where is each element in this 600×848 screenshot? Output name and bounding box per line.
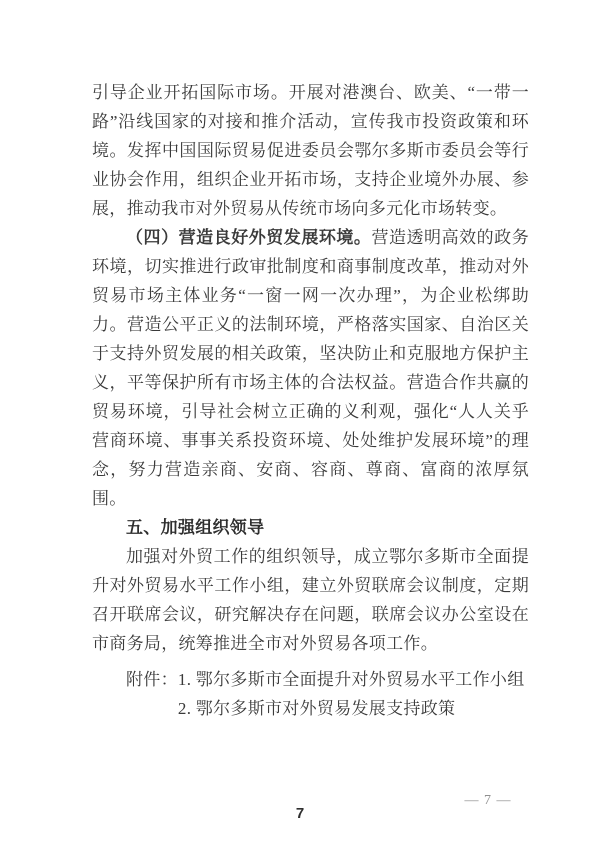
paragraph-market-expansion: 引导企业开拓国际市场。开展对港澳台、欧美、“一带一路”沿线国家的对接和推介活动，… — [92, 78, 529, 223]
attachments-block: 附件： 1. 鄂尔多斯市全面提升对外贸易水平工作小组 2. 鄂尔多斯市对外贸易发… — [92, 665, 529, 723]
paragraph-section5: 加强对外贸工作的组织领导，成立鄂尔多斯市全面提升对外贸易水平工作小组，建立外贸联… — [92, 542, 529, 658]
document-body-text: 引导企业开拓国际市场。开展对港澳台、欧美、“一带一路”沿线国家的对接和推介活动，… — [92, 78, 529, 723]
attachment-item: 1. 鄂尔多斯市全面提升对外贸易水平工作小组 — [178, 665, 525, 694]
attachment-item: 2. 鄂尔多斯市对外贸易发展支持政策 — [178, 694, 525, 723]
section4-lead-heading: （四）营造良好外贸发展环境。 — [126, 228, 371, 247]
viewer-page-number: 7 — [0, 805, 600, 822]
paragraph-section4: （四）营造良好外贸发展环境。营造透明高效的政务环境，切实推进行政审批制度和商事制… — [92, 223, 529, 513]
section5-heading: 五、加强组织领导 — [92, 513, 529, 542]
attachments-list: 1. 鄂尔多斯市全面提升对外贸易水平工作小组 2. 鄂尔多斯市对外贸易发展支持政… — [178, 665, 525, 723]
document-page: 引导企业开拓国际市场。开展对港澳台、欧美、“一带一路”沿线国家的对接和推介活动，… — [0, 0, 600, 848]
section4-body-text: 营造透明高效的政务环境，切实推进行政审批制度和商事制度改革，推动对外贸易市场主体… — [92, 228, 529, 508]
attachments-label: 附件： — [126, 665, 178, 694]
